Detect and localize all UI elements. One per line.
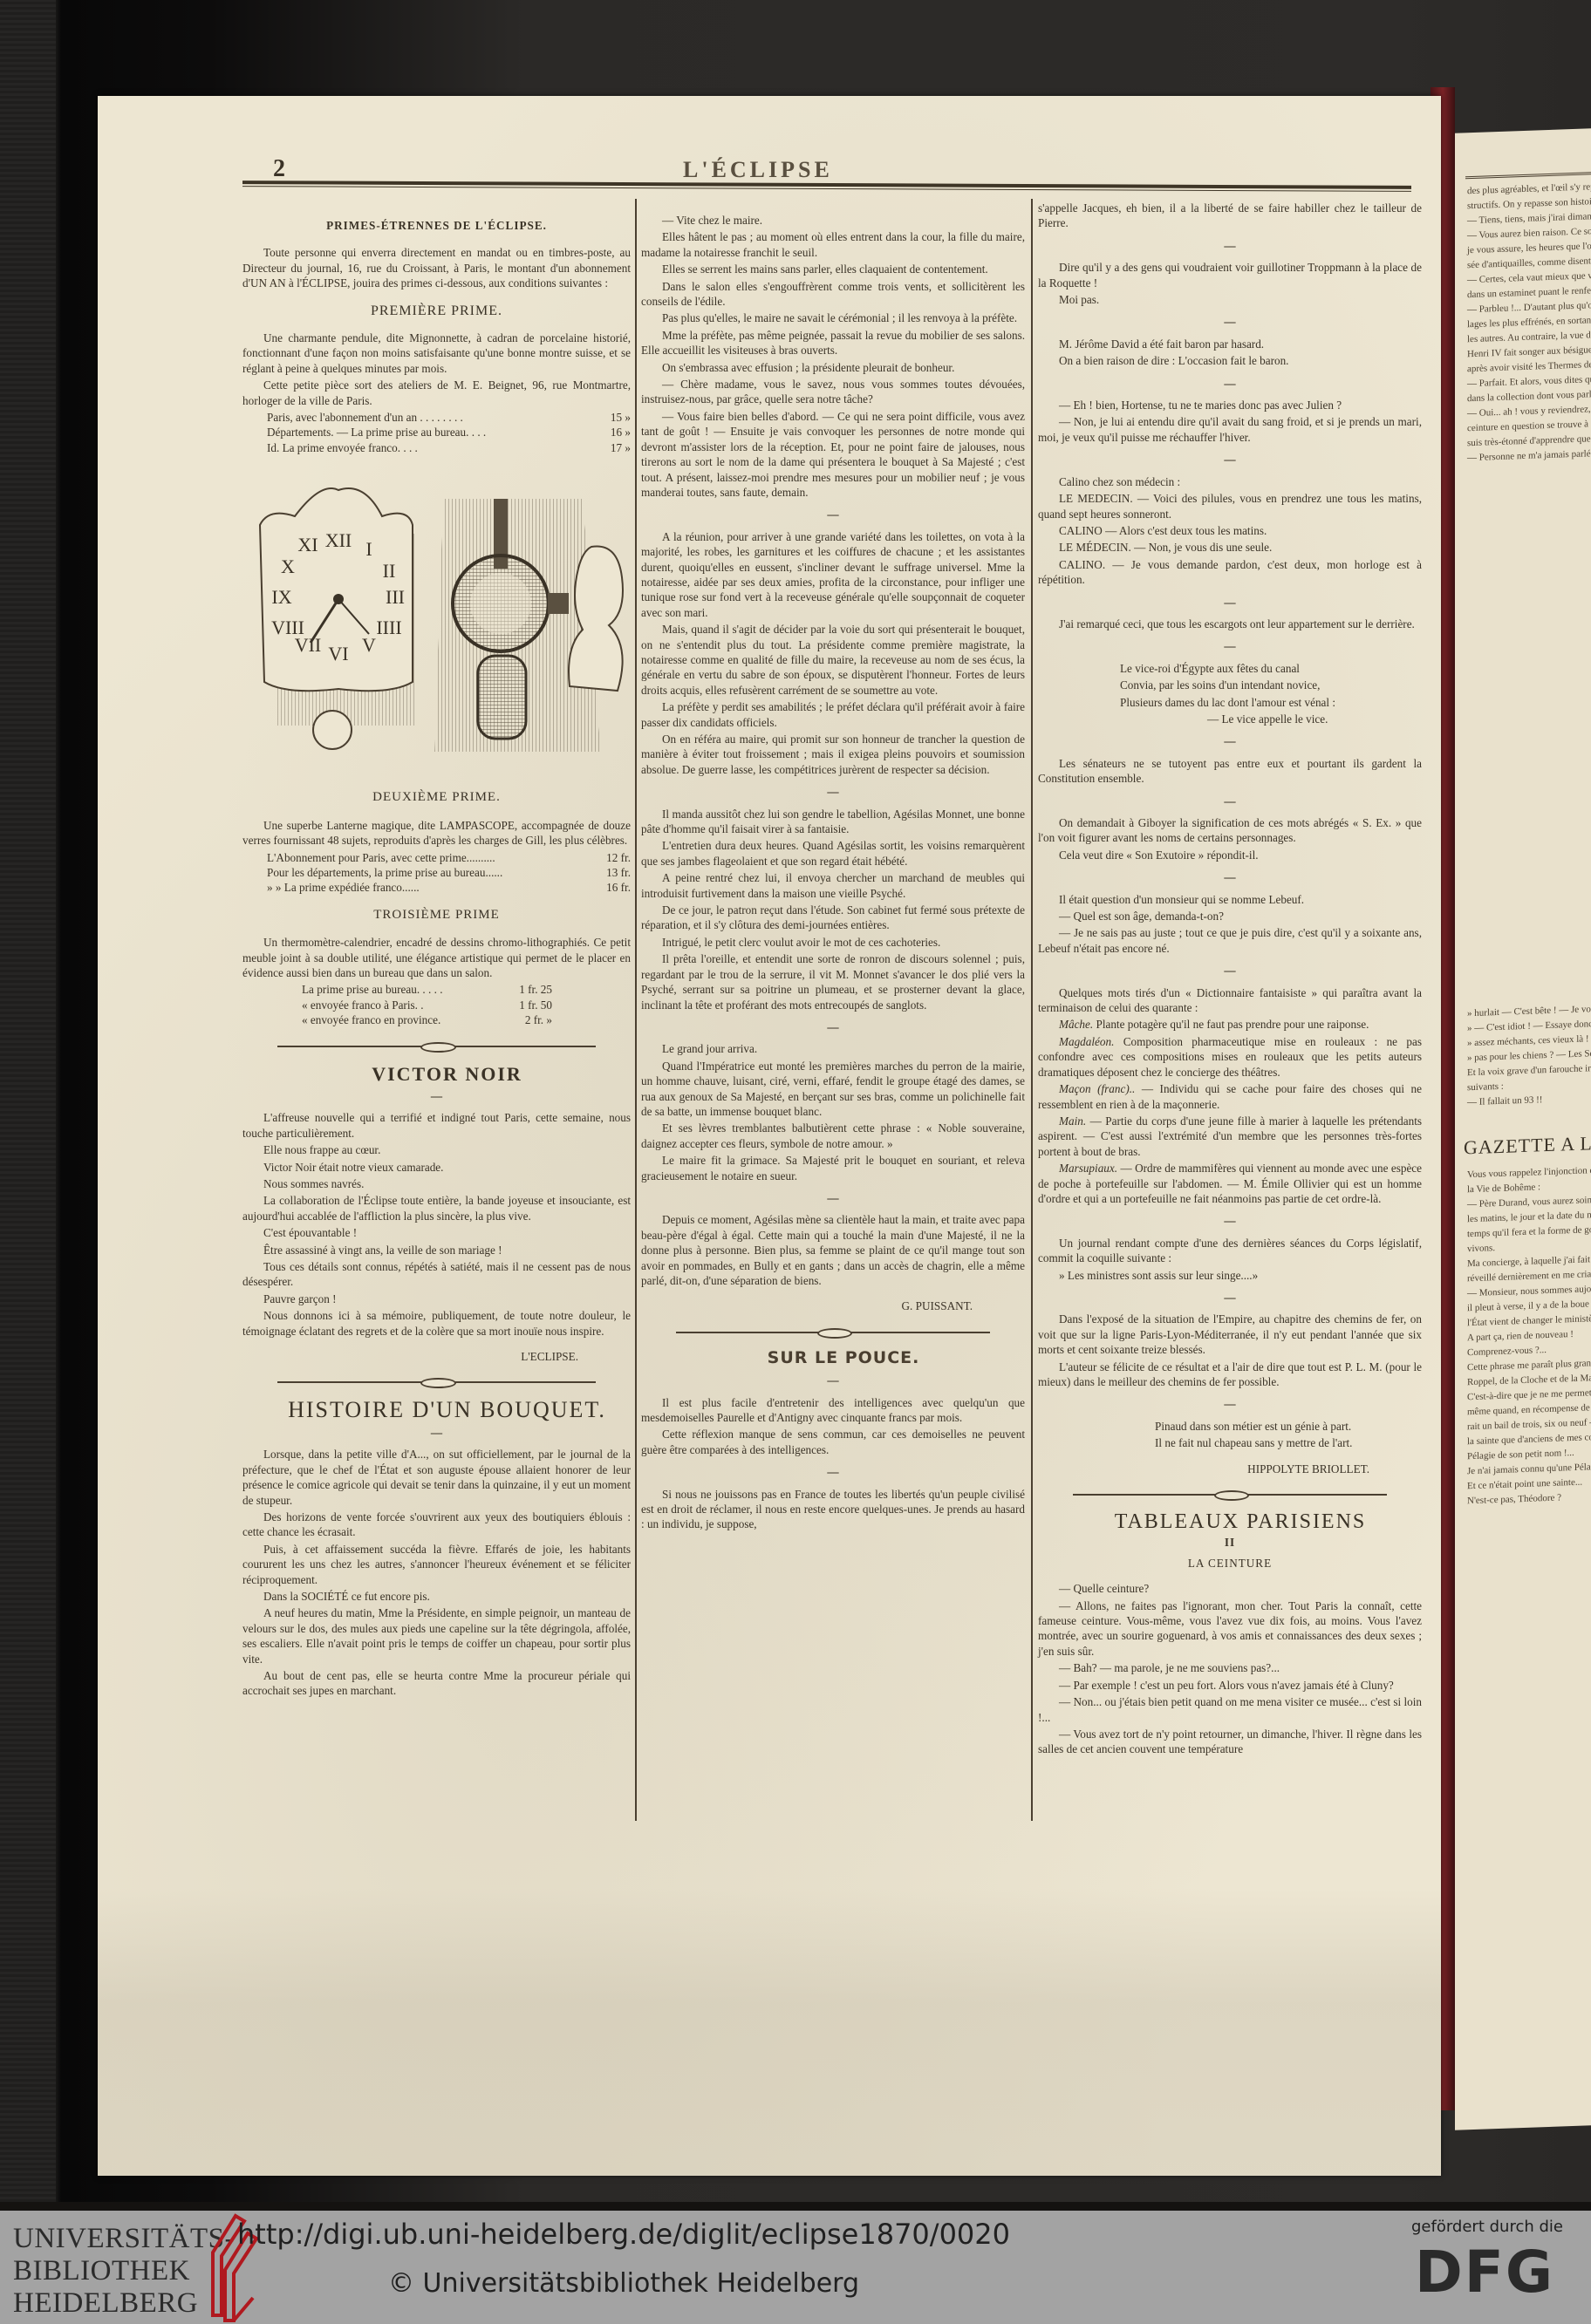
paragraph: L'auteur se félicite de ce résultat et a… <box>1038 1360 1422 1390</box>
paragraph: Depuis ce moment, Agésilas mène sa clien… <box>641 1212 1025 1288</box>
paragraph: Il était question d'un monsieur qui se n… <box>1038 892 1422 907</box>
troisieme-prime-desc: Un thermomètre-calendrier, encadré de de… <box>242 935 631 980</box>
paragraph: Elle nous frappe au cœur. <box>242 1142 631 1157</box>
paragraph: Nous sommes navrés. <box>242 1176 631 1191</box>
troisieme-prime-title: TROISIÈME PRIME <box>242 908 631 923</box>
svg-text:III: III <box>386 586 405 608</box>
paragraph: Lorsque, dans la petite ville d'A..., on… <box>242 1447 631 1508</box>
page-number: 2 <box>273 155 285 183</box>
paragraph: s'appelle Jacques, eh bien, il a la libe… <box>1038 201 1422 231</box>
bouquet-title: HISTOIRE D'UN BOUQUET. <box>242 1402 631 1417</box>
ornament-divider <box>277 1042 596 1051</box>
paragraph: — Vite chez le maire. <box>641 213 1025 228</box>
dictionary-entry: Maçon (franc).. — Individu qui se cache … <box>1038 1081 1422 1112</box>
definition: Plante potagère qu'il ne faut pas prendr… <box>1096 1018 1369 1031</box>
dash-separator: — <box>641 1373 1025 1387</box>
price-value: 2 fr. » <box>491 1012 552 1027</box>
dash-separator: — <box>1038 1290 1422 1305</box>
paragraph: On demandait à Giboyer la signification … <box>1038 815 1422 846</box>
dash-separator: — <box>641 507 1025 521</box>
dash-separator: — <box>641 1019 1025 1034</box>
svg-text:IX: IX <box>271 586 291 608</box>
dialogue-line: CALINO. — Je vous demande pardon, c'est … <box>1038 557 1422 588</box>
paragraph: — Non... ou j'étais bien petit quand on … <box>1038 1694 1422 1725</box>
term: Marsupiaux. <box>1059 1162 1117 1175</box>
bouquet-signature: G. PUISSANT. <box>641 1298 1025 1313</box>
paragraph: A neuf heures du matin, Mme la Président… <box>242 1605 631 1666</box>
paragraph: M. Jérôme David a été fait baron par has… <box>1038 337 1422 351</box>
giboyer-joke: On demandait à Giboyer la signification … <box>1038 815 1422 862</box>
price-row: » » La prime expédiée franco......16 fr. <box>242 880 631 895</box>
paragraph: Dans le salon elles s'engouffrèrent comm… <box>641 279 1025 310</box>
dialogue-line: LE MEDECIN. — Voici des pilules, vous en… <box>1038 491 1422 521</box>
facing-page-gazette-title: GAZETTE A LA <box>1455 1106 1591 1168</box>
svg-text:X: X <box>281 555 295 577</box>
library-name-line: UNIVERSITÄTS- <box>13 2223 235 2255</box>
bouquet-article-part6: Depuis ce moment, Agésilas mène sa clien… <box>641 1212 1025 1288</box>
column-divider <box>635 199 637 1821</box>
price-value: 17 » <box>578 440 631 455</box>
bouquet-article-part5: Le grand jour arriva. Quand l'Impératric… <box>641 1041 1025 1183</box>
sur-le-pouce-cont: s'appelle Jacques, eh bien, il a la libe… <box>1038 201 1422 231</box>
lebeuf-joke: Il était question d'un monsieur qui se n… <box>1038 892 1422 957</box>
verse-line: Il ne fait nul chapeau sans y mettre de … <box>1038 1435 1422 1450</box>
paragraph: Il est plus facile d'entretenir des inte… <box>641 1395 1025 1426</box>
paragraph: Elles hâtent le pas ; au moment où elles… <box>641 229 1025 260</box>
term: Magdaléon. <box>1059 1035 1114 1048</box>
definition: — Partie du corps d'une jeune fille à ma… <box>1038 1114 1422 1158</box>
verse-line: Plusieurs dames du lac dont l'amour est … <box>1038 695 1422 710</box>
facing-page-edge: des plus agréables, et l'œil s'y repait … <box>1455 128 1591 2130</box>
deuxieme-price-list: L'Abonnement pour Paris, avec cette prim… <box>242 850 631 896</box>
price-row: Départements. — La prime prise au bureau… <box>242 425 631 440</box>
paragraph: Et ses lèvres tremblantes balbutièrent c… <box>641 1121 1025 1151</box>
paragraph: Elles se serrent les mains sans parler, … <box>641 262 1025 276</box>
price-label: Départements. — La prime prise au bureau… <box>267 425 578 440</box>
svg-text:XII: XII <box>325 529 352 551</box>
sur-le-pouce-part2: Si nous ne jouissons pas en France de to… <box>641 1487 1025 1532</box>
dictionary-entry: Magdaléon. Composition pharmaceutique mi… <box>1038 1034 1422 1080</box>
paragraph: Moi pas. <box>1038 292 1422 307</box>
verse-line: Convia, par les soins d'un intendant nov… <box>1038 678 1422 692</box>
paragraph: Quelques mots tirés d'un « Dictionnaire … <box>1038 985 1422 1016</box>
dash-separator: — <box>641 1464 1025 1479</box>
dash-separator: — <box>641 1190 1025 1205</box>
price-row: Pour les départements, la prime prise au… <box>242 865 631 880</box>
dash-separator: — <box>1038 1213 1422 1228</box>
paragraph: Dans l'exposé de la situation de l'Empir… <box>1038 1312 1422 1357</box>
paragraph: — Bah? — ma parole, je ne me souviens pa… <box>1038 1660 1422 1675</box>
bouquet-article-part2: — Vite chez le maire. Elles hâtent le pa… <box>641 213 1025 500</box>
funding-label: gefördert durch die <box>1411 2218 1563 2236</box>
library-footer: UNIVERSITÄTS- BIBLIOTHEK HEIDELBERG http… <box>0 2211 1591 2324</box>
paragraph: Le grand jour arriva. <box>641 1041 1025 1056</box>
paragraph: Être assassiné à vingt ans, la veille de… <box>242 1243 631 1257</box>
dash-separator: — <box>1038 376 1422 391</box>
premiere-prime-desc: Une charmante pendule, dite Mignonnette,… <box>242 331 631 376</box>
deuxieme-prime-title: DEUXIÈME PRIME. <box>242 790 631 805</box>
paragraph: L'entretien dura deux heures. Quand Agés… <box>641 838 1025 869</box>
dictionary-entry: Marsupiaux. — Ordre de mammifères qui vi… <box>1038 1161 1422 1206</box>
paragraph: Dire qu'il y a des gens qui voudraient v… <box>1038 260 1422 290</box>
paragraph: Puis, à cet affaissement succéda la fièv… <box>242 1542 631 1587</box>
paragraph: La collaboration de l'Éclipse toute enti… <box>242 1193 631 1223</box>
price-value: 1 fr. 25 <box>491 982 552 997</box>
paragraph: A la réunion, pour arriver à une grande … <box>641 529 1025 620</box>
premiere-prime-maker: Cette petite pièce sort des ateliers de … <box>242 378 631 408</box>
dash-separator: — <box>1038 314 1422 329</box>
troisieme-price-list: La prime prise au bureau. . . . .1 fr. 2… <box>242 982 631 1027</box>
paragraph: — Quel est son âge, demanda-t-on? <box>1038 909 1422 923</box>
dash-separator: — <box>1038 869 1422 884</box>
dash-separator: — <box>1038 238 1422 253</box>
price-label: « envoyée franco à Paris. . <box>302 998 491 1012</box>
paragraph: Tous ces détails sont connus, répétés à … <box>242 1259 631 1290</box>
paragraph: » Les ministres sont assis sur leur sing… <box>1038 1268 1422 1283</box>
dash-separator: — <box>641 784 1025 799</box>
svg-text:I: I <box>365 538 372 560</box>
paragraph: Intrigué, le petit clerc voulut avoir le… <box>641 935 1025 950</box>
sur-le-pouce-part1: Il est plus facile d'entretenir des inte… <box>641 1395 1025 1458</box>
paragraph: Dans la SOCIÉTÉ ce fut encore pis. <box>242 1589 631 1604</box>
facing-page-rule <box>1465 172 1591 179</box>
page-shadow <box>98 1888 1441 2176</box>
copyright-notice: © Universitätsbibliothek Heidelberg <box>231 2268 1016 2299</box>
paragraph: Il prêta l'oreille, et entendit une sort… <box>641 951 1025 1012</box>
bouquet-article-part3: A la réunion, pour arriver à une grande … <box>641 529 1025 778</box>
tableaux-article: — Quelle ceinture? — Allons, ne faites p… <box>1038 1581 1422 1756</box>
ornament-divider <box>676 1328 990 1337</box>
paragraph: — Eh ! bien, Hortense, tu ne te maries d… <box>1038 398 1422 412</box>
dfg-logo: DFG <box>1415 2244 1554 2301</box>
paragraph: — Vous faire bien belles d'abord. — Ce q… <box>641 409 1025 500</box>
binding-cloth <box>0 0 56 2202</box>
paragraph: De ce jour, le patron reçut dans l'étude… <box>641 903 1025 933</box>
svg-text:IIII: IIII <box>376 617 401 638</box>
price-value: 16 » <box>578 425 631 440</box>
price-row: L'Abonnement pour Paris, avec cette prim… <box>242 850 631 865</box>
premiere-prime-title: PREMIÈRE PRIME. <box>242 303 631 318</box>
price-label: « envoyée franco en province. <box>302 1012 491 1027</box>
verse-line: — Le vice appelle le vice. <box>1038 712 1422 726</box>
paragraph: Mme la préfète, pas même peignée, passai… <box>641 328 1025 358</box>
premiere-price-list: Paris, avec l'abonnement d'un an . . . .… <box>242 410 631 455</box>
svg-text:VI: VI <box>328 643 348 664</box>
price-value: 13 fr. <box>578 865 631 880</box>
ornament-divider <box>1073 1490 1387 1499</box>
svg-text:II: II <box>383 560 396 582</box>
paragraph: Nous donnons ici à sa mémoire, publiquem… <box>242 1308 631 1339</box>
dictionary-entry: Main. — Partie du corps d'une jeune fill… <box>1038 1114 1422 1159</box>
primes-intro: Toute personne qui enverra directement e… <box>242 245 631 290</box>
dash-separator: — <box>1038 794 1422 808</box>
coquille-joke: Un journal rendant compte d'une des dern… <box>1038 1236 1422 1283</box>
paragraph: Quand l'Impératrice eut monté les premiè… <box>641 1059 1025 1120</box>
tableaux-number: II <box>1038 1535 1422 1550</box>
price-row: « envoyée franco en province.2 fr. » <box>277 1012 552 1027</box>
speaker: LE MEDECIN. <box>1059 492 1133 505</box>
price-label: Pour les départements, la prime prise au… <box>267 865 578 880</box>
paragraph: — Je ne sais pas au juste ; tout ce que … <box>1038 925 1422 956</box>
paragraph: A peine rentré chez lui, il envoya cherc… <box>641 870 1025 901</box>
term: Mâche. <box>1059 1018 1093 1031</box>
paragraph: On a bien raison de dire : L'occasion fa… <box>1038 353 1422 368</box>
calino-dialogue: Calino chez son médecin : LE MEDECIN. — … <box>1038 474 1422 588</box>
svg-text:VIII: VIII <box>271 617 304 638</box>
dash-separator: — <box>1038 733 1422 748</box>
library-name: UNIVERSITÄTS- BIBLIOTHEK HEIDELBERG <box>13 2223 235 2320</box>
hortense-joke: — Eh ! bien, Hortense, tu ne te maries d… <box>1038 398 1422 445</box>
victor-noir-article: L'affreuse nouvelle qui a terrifié et in… <box>242 1110 631 1339</box>
paragraph: Au bout de cent pas, elle se heurta cont… <box>242 1668 631 1699</box>
facing-page-text-top: des plus agréables, et l'œil s'y repait … <box>1455 180 1591 466</box>
line: — Alors c'est deux tous les matins. <box>1105 524 1267 537</box>
paragraph: Il manda aussitôt chez lui son gendre le… <box>641 807 1025 837</box>
vice-roi-verse: Le vice-roi d'Égypte aux fêtes du canal … <box>1038 661 1422 727</box>
svg-text:XI: XI <box>297 534 318 555</box>
dialogue-line: CALINO — Alors c'est deux tous les matin… <box>1038 523 1422 538</box>
dash-separator: — <box>242 1088 631 1103</box>
dialogue-line: LE MÉDECIN. — Non, je vous dis une seule… <box>1038 540 1422 555</box>
library-name-line: HEIDELBERG <box>13 2287 235 2320</box>
prime-illustration: XIIIII IIIIIIIV VIVIIVIII IXXXI <box>242 464 626 778</box>
price-row: « envoyée franco à Paris. .1 fr. 50 <box>277 998 552 1012</box>
primes-title: PRIMES-ÉTRENNES DE L'ÉCLIPSE. <box>242 218 631 233</box>
library-name-line: BIBLIOTHEK <box>13 2255 235 2287</box>
paragraph: Des horizons de vente forcée s'ouvrirent… <box>242 1510 631 1540</box>
masthead: 2 L'ÉCLIPSE <box>247 155 1407 185</box>
tableaux-parisiens-title: TABLEAUX PARISIENS <box>1038 1515 1422 1530</box>
term: Maçon (franc).. <box>1059 1082 1135 1095</box>
svg-text:V: V <box>362 634 376 656</box>
price-label: Paris, avec l'abonnement d'un an . . . .… <box>267 410 578 425</box>
price-value: 15 » <box>578 410 631 425</box>
tableaux-subtitle: LA CEINTURE <box>1038 1556 1422 1571</box>
sur-le-pouce-title: SUR LE POUCE. <box>641 1351 1025 1366</box>
dash-separator: — <box>1038 1396 1422 1411</box>
victor-noir-title: VICTOR NOIR <box>242 1067 631 1081</box>
paragraph: — Quelle ceinture? <box>1038 1581 1422 1596</box>
jerome-david-joke: M. Jérôme David a été fait baron par has… <box>1038 337 1422 369</box>
briollet-signature: HIPPOLYTE BRIOLLET. <box>1038 1462 1422 1476</box>
speaker: CALINO. <box>1059 558 1105 571</box>
dash-separator: — <box>1038 963 1422 978</box>
paragraph: Cette réflexion manque de sens commun, c… <box>641 1427 1025 1457</box>
pinaud-verse: Pinaud dans son métier est un génie à pa… <box>1038 1419 1422 1451</box>
escargots-joke: J'ai remarqué ceci, que tous les escargo… <box>1038 617 1422 631</box>
paragraph: La préfète y perdit ses amabilités ; le … <box>641 699 1025 730</box>
senateurs-joke: Les sénateurs ne se tutoyent pas entre e… <box>1038 756 1422 787</box>
clock-and-lantern-engraving: XIIIII IIIIIIIV VIVIIVIII IXXXI <box>242 464 626 778</box>
ornament-divider <box>277 1378 596 1387</box>
plm-joke: Dans l'exposé de la situation de l'Empir… <box>1038 1312 1422 1389</box>
paragraph: Un journal rendant compte d'une des dern… <box>1038 1236 1422 1266</box>
price-row: Paris, avec l'abonnement d'un an . . . .… <box>242 410 631 425</box>
paragraph: Pas plus qu'elles, le maire ne savait le… <box>641 310 1025 325</box>
paragraph: — Vous avez tort de n'y point retourner,… <box>1038 1727 1422 1757</box>
paragraph: — Allons, ne faites pas l'ignorant, mon … <box>1038 1598 1422 1660</box>
troppmann-joke: Dire qu'il y a des gens qui voudraient v… <box>1038 260 1422 307</box>
line: — Non, je vous dis une seule. <box>1134 541 1272 554</box>
price-row: La prime prise au bureau. . . . .1 fr. 2… <box>277 982 552 997</box>
paragraph: Victor Noir était notre vieux camarade. <box>242 1160 631 1175</box>
price-value: 12 fr. <box>578 850 631 865</box>
dictionnaire-fantaisiste: Quelques mots tirés d'un « Dictionnaire … <box>1038 985 1422 1207</box>
speaker: LE MÉDECIN. <box>1059 541 1131 554</box>
column-divider <box>1031 199 1033 1821</box>
paragraph: — Non, je lui ai entendu dire qu'il avai… <box>1038 414 1422 445</box>
facing-page-text-middle: » hurlait — C'est bête ! — Je voudrais b… <box>1455 1002 1591 1110</box>
price-label: La prime prise au bureau. . . . . <box>302 982 491 997</box>
deuxieme-prime-desc: Une superbe Lanterne magique, dite LAMPA… <box>242 818 631 848</box>
dash-separator: — <box>1038 595 1422 610</box>
dash-separator: — <box>242 1425 631 1440</box>
price-label: » » La prime expédiée franco...... <box>267 880 578 895</box>
price-label: L'Abonnement pour Paris, avec cette prim… <box>267 850 578 865</box>
bouquet-article-part1: Lorsque, dans la petite ville d'A..., on… <box>242 1447 631 1699</box>
price-value: 16 fr. <box>578 880 631 895</box>
paragraph: L'affreuse nouvelle qui a terrifié et in… <box>242 1110 631 1141</box>
paragraph: Calino chez son médecin : <box>1038 474 1422 489</box>
column-3: s'appelle Jacques, eh bien, il a la libe… <box>1038 201 1422 1759</box>
paragraph: — Par exemple ! c'est un peu fort. Alors… <box>1038 1678 1422 1693</box>
paragraph: On en référa au maire, qui promit sur so… <box>641 732 1025 777</box>
price-row: Id. La prime envoyée franco. . . .17 » <box>242 440 631 455</box>
dash-separator: — <box>1038 452 1422 467</box>
paragraph: Si nous ne jouissons pas en France de to… <box>641 1487 1025 1532</box>
dash-separator: — <box>1038 638 1422 653</box>
permalink-url[interactable]: http://digi.ub.uni-heidelberg.de/diglit/… <box>231 2218 1016 2251</box>
paragraph: On s'embrassa avec effusion ; la préside… <box>641 360 1025 375</box>
paragraph: Le maire fit la grimace. Sa Majesté prit… <box>641 1153 1025 1183</box>
paragraph: Pauvre garçon ! <box>242 1291 631 1306</box>
verse-line: Pinaud dans son métier est un génie à pa… <box>1038 1419 1422 1434</box>
term: Main. <box>1059 1114 1086 1128</box>
column-1: PRIMES-ÉTRENNES DE L'ÉCLIPSE. Toute pers… <box>242 201 631 1700</box>
paragraph: Cela veut dire « Son Exutoire » répondit… <box>1038 848 1422 862</box>
paragraph: Mais, quand il s'agit de décider par la … <box>641 622 1025 698</box>
speaker: CALINO <box>1059 524 1103 537</box>
column-2: — Vite chez le maire. Elles hâtent le pa… <box>641 201 1025 1534</box>
price-label: Id. La prime envoyée franco. . . . <box>267 440 578 455</box>
paragraph: — Chère madame, vous le savez, nous vous… <box>641 377 1025 407</box>
facing-page-text-bottom: Vous vous rappelez l'injonction de Marcl… <box>1455 1163 1591 1509</box>
newspaper-title: L'ÉCLIPSE <box>683 157 833 183</box>
victor-noir-signature: L'ECLIPSE. <box>242 1349 631 1364</box>
verse-line: Le vice-roi d'Égypte aux fêtes du canal <box>1038 661 1422 676</box>
paragraph: C'est épouvantable ! <box>242 1225 631 1240</box>
bouquet-article-part4: Il manda aussitôt chez lui son gendre le… <box>641 807 1025 1012</box>
price-value: 1 fr. 50 <box>491 998 552 1012</box>
dictionary-entry: Mâche. Plante potagère qu'il ne faut pas… <box>1038 1017 1422 1032</box>
